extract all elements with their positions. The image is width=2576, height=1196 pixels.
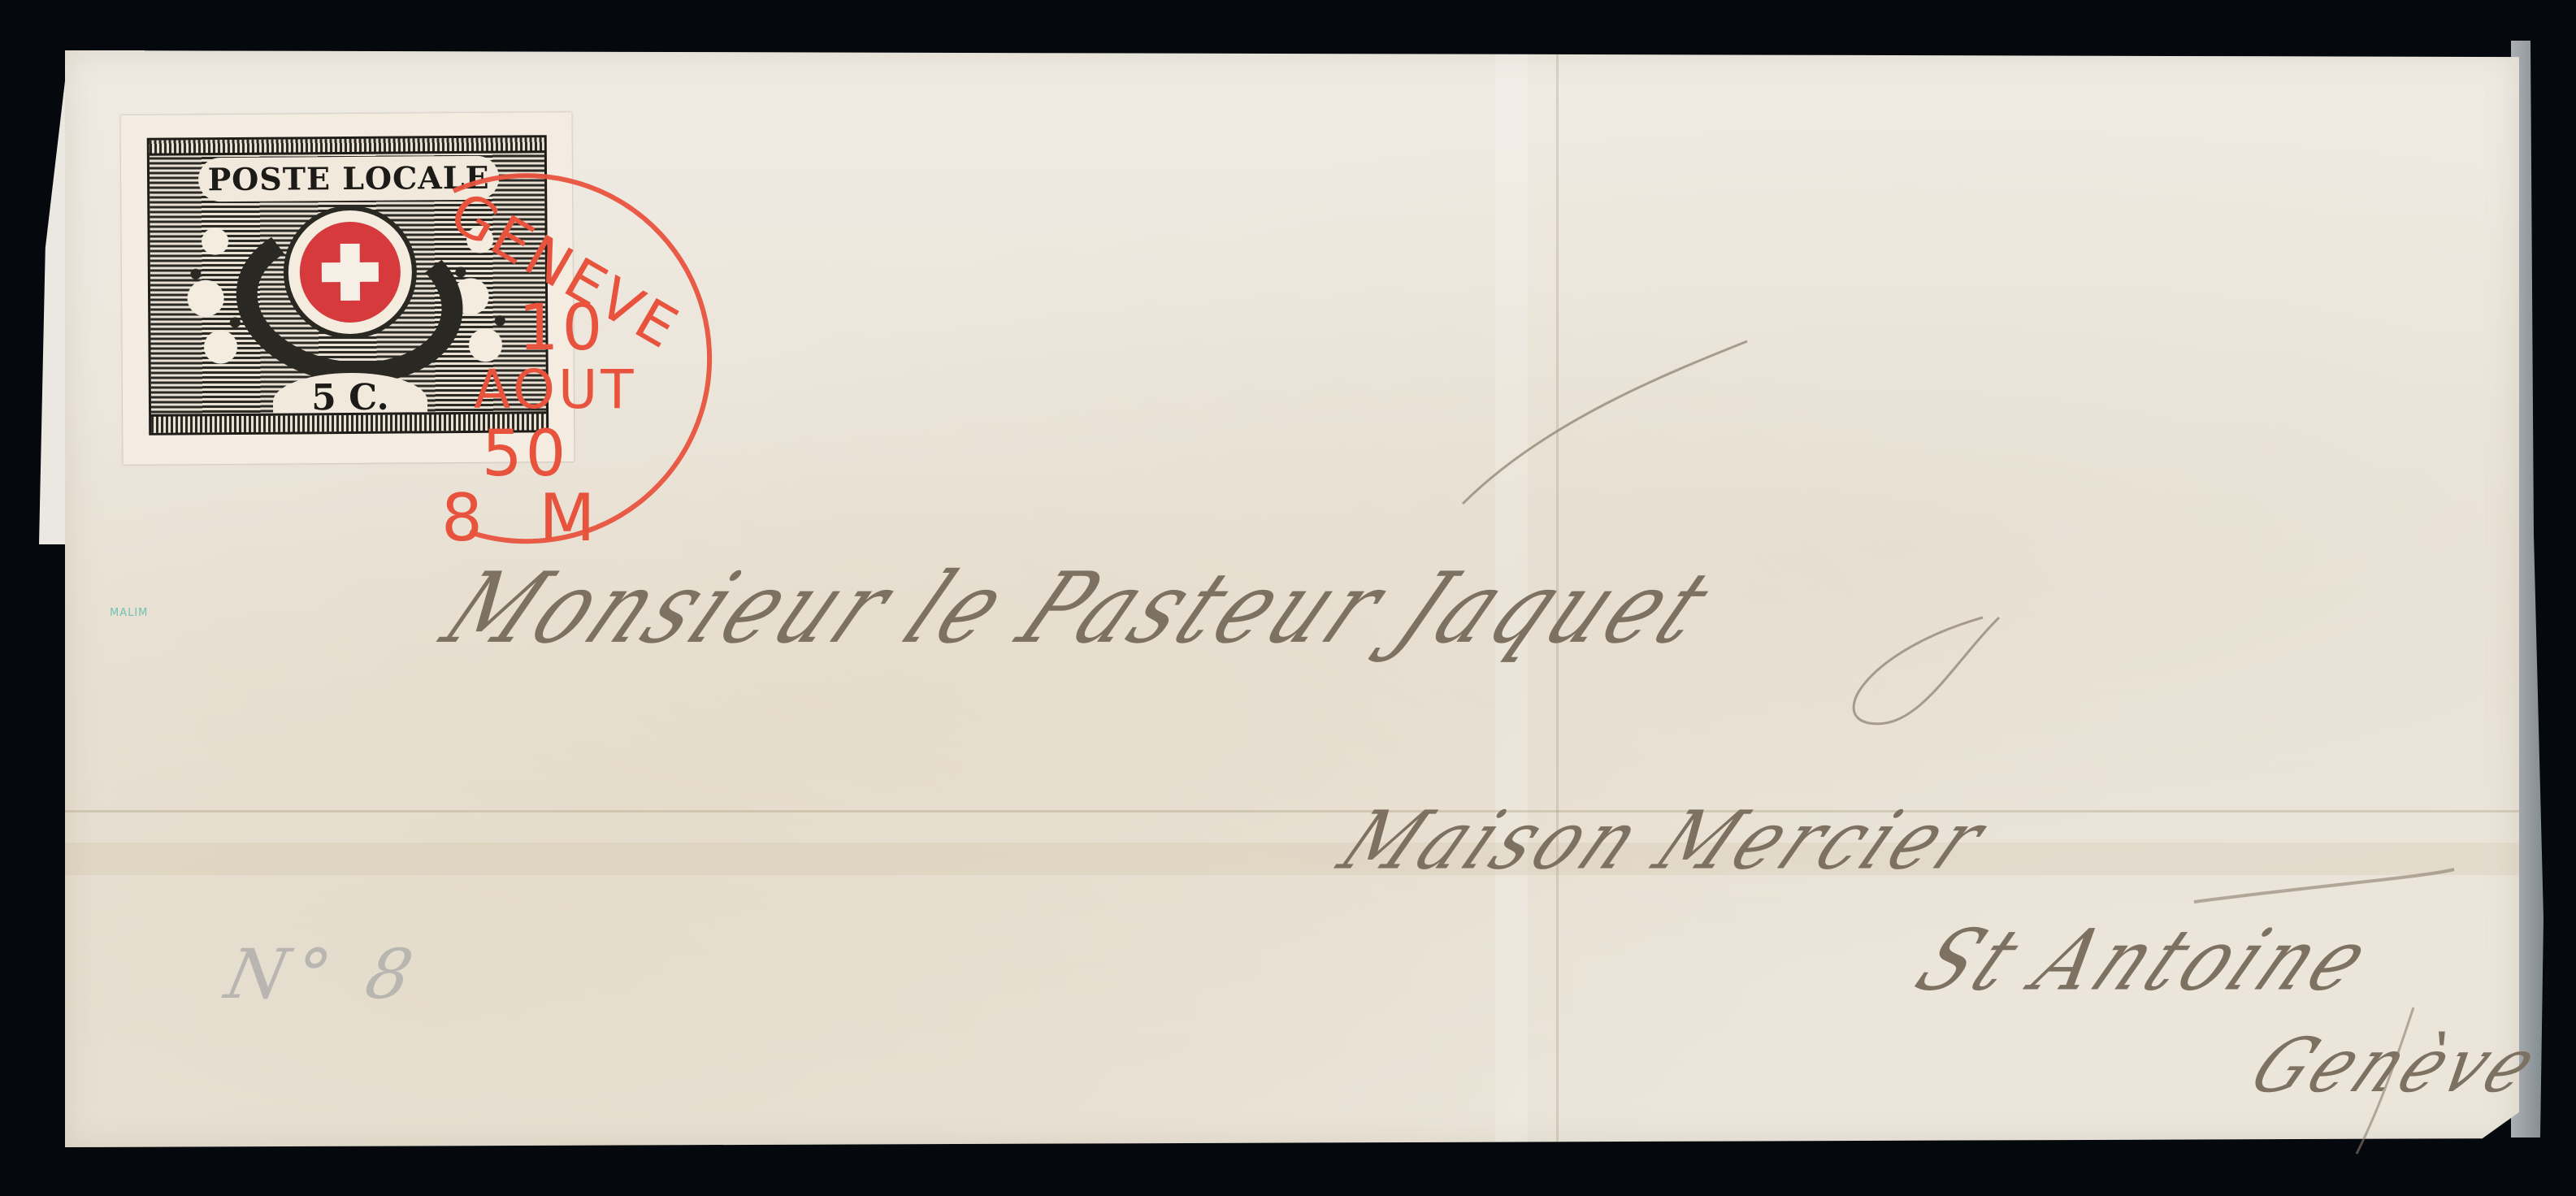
postmark-day: 10 [518,297,605,360]
address-line-house: Maison Mercier [1324,795,2005,888]
address-line-street: St Antoine [1900,912,2391,1010]
postmark-year: 50 [482,422,569,486]
fold-line-horizontal [65,810,2519,812]
postmark-month: AOUT [474,363,637,417]
swiss-cross-icon [322,244,379,301]
swiss-emblem-icon [299,222,401,323]
address-line-recipient: Monsieur le Pasteur Jaquet [425,551,1735,665]
small-green-mark: MALIM [110,607,148,619]
fold-shadow-horizontal [65,843,2519,875]
postmark-cancel: GENEVE 10 AOUT 50 8 M [445,175,795,557]
address-line-city: Genève [2236,1022,2558,1109]
stamp-medallion [288,210,412,334]
postmark-time: 8 M [441,486,613,551]
letter-photograph: POSTE LOCALE 5 C. GENEVE 10 AOUT 50 8 M … [0,0,2576,1196]
pencil-note: N° 8 [219,934,427,1014]
stamp-denomination: 5 C. [273,372,427,420]
